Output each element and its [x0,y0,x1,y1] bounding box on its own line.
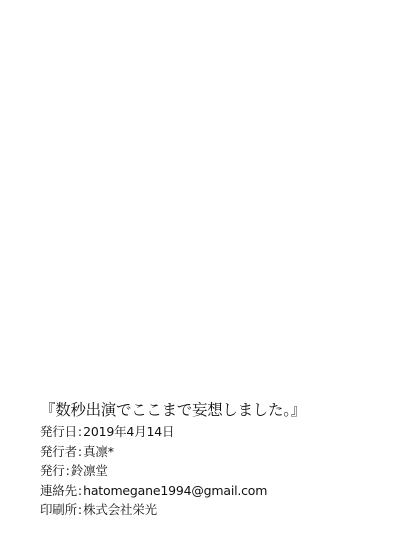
publisher-circle-label: 発行 [40,461,65,481]
separator: : [78,481,82,501]
publisher-person-value: 真凛* [83,442,114,462]
book-colophon-page: 『数秒出演でここまで妄想しました。』 発行日 : 2019年4月14日 発行者 … [0,0,400,559]
contact-row: 連絡先 : hatomegane1994@gmail.com [40,481,380,501]
publish-date-value: 2019年4月14日 [83,422,174,442]
publisher-circle-row: 発行 : 鈴凛堂 [40,461,380,481]
contact-email: hatomegane1994@gmail.com [83,481,267,501]
separator: : [78,422,82,442]
separator: : [78,500,82,520]
publish-date-label: 発行日 [40,422,77,442]
publisher-person-row: 発行者 : 真凛* [40,442,380,462]
publisher-person-label: 発行者 [40,442,77,462]
publisher-circle-value: 鈴凛堂 [71,461,108,481]
separator: : [78,442,82,462]
printer-value: 株式会社栄光 [83,500,157,520]
book-title: 『数秒出演でここまで妄想しました。』 [40,400,380,420]
colophon-block: 『数秒出演でここまで妄想しました。』 発行日 : 2019年4月14日 発行者 … [40,400,380,520]
printer-label: 印刷所 [40,500,77,520]
contact-label: 連絡先 [40,481,77,501]
separator: : [66,461,70,481]
publish-date-row: 発行日 : 2019年4月14日 [40,422,380,442]
printer-row: 印刷所 : 株式会社栄光 [40,500,380,520]
